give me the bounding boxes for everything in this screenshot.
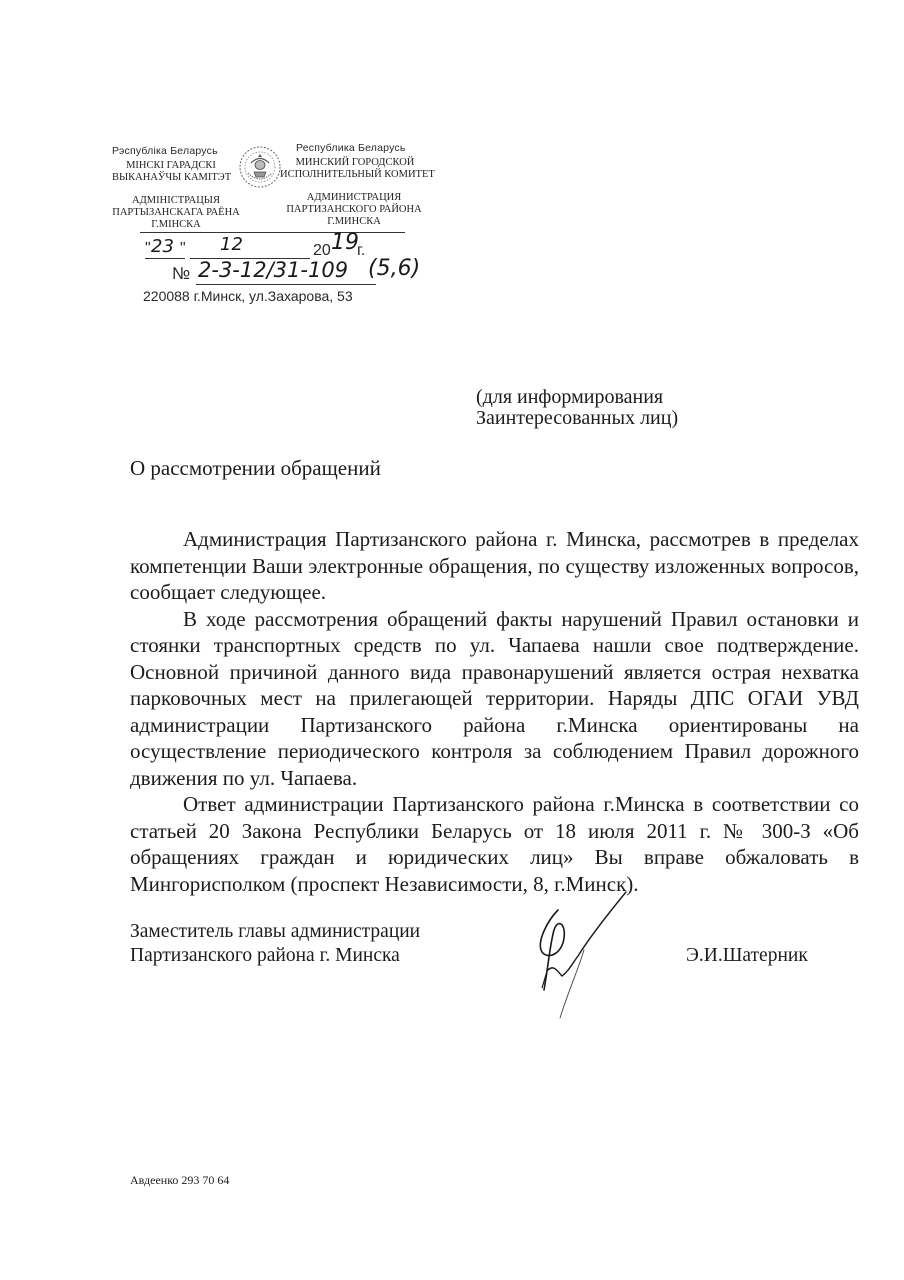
addressee-line2: Заинтересованных лиц) xyxy=(476,408,678,429)
header-left-committee-line2: ВЫКАНАЎЧЫ КАМІТЭТ xyxy=(112,172,230,184)
header-left-committee: МІНСКІ ГАРАДСКІ ВЫКАНАЎЧЫ КАМІТЭТ xyxy=(112,160,230,184)
header-left-city: г.МІНСКА xyxy=(108,219,244,231)
signatory-position: Заместитель главы администрации Партизан… xyxy=(130,920,420,968)
signatory-position-line1: Заместитель главы администрации xyxy=(130,920,420,944)
addressee-line1: (для информирования xyxy=(476,387,678,408)
header-right-admin-line1: АДМИНИСТРАЦИЯ xyxy=(283,192,425,204)
coat-of-arms-icon xyxy=(236,143,284,191)
header-left-admin-line1: АДМІНІСТРАЦЫЯ xyxy=(108,195,244,207)
reference-number-field: № 2-3-12/31-109 (5,6) xyxy=(172,260,442,290)
header-right-committee-line1: МИНСКИЙ ГОРОДСКОЙ xyxy=(280,157,430,169)
signatory-name: Э.И.Шатерник xyxy=(686,944,808,968)
organization-address: 220088 г.Минск, ул.Захарова, 53 xyxy=(143,288,353,304)
number-suffix: (5,6) xyxy=(368,256,420,281)
number-label: № xyxy=(172,264,190,284)
executor-contact: Авдеенко 293 70 64 xyxy=(130,1173,229,1188)
number-value: 2-3-12/31-109 xyxy=(198,258,348,282)
handwritten-signature-icon xyxy=(528,880,648,1020)
date-day: 23 xyxy=(151,236,174,257)
header-right-committee: МИНСКИЙ ГОРОДСКОЙ ИСПОЛНИТЕЛЬНЫЙ КОМИТЕТ xyxy=(280,157,430,181)
header-left-admin: АДМІНІСТРАЦЫЯ ПАРТЫЗАНСКАГА РАЁНА г.МІНС… xyxy=(108,195,244,231)
header-right-admin-line2: ПАРТИЗАНСКОГО РАЙОНА xyxy=(283,204,425,216)
header-right-country: Республика Беларусь xyxy=(296,142,406,154)
date-month: 12 xyxy=(220,234,243,255)
addressee-block: (для информирования Заинтересованных лиц… xyxy=(476,387,678,429)
letter-body: Администрация Партизанского района г. Ми… xyxy=(130,526,859,897)
header-right-committee-line2: ИСПОЛНИТЕЛЬНЫЙ КОМИТЕТ xyxy=(280,169,430,181)
letter-subject: О рассмотрении обращений xyxy=(130,455,381,482)
header-right-city: г.МИНСКА xyxy=(283,216,425,228)
header-divider xyxy=(140,232,405,233)
header-left-country: Рэспубліка Беларусь xyxy=(112,145,218,157)
date-year-suffix: 19 xyxy=(331,230,359,255)
header-left-admin-line2: ПАРТЫЗАНСКАГА РАЁНА xyxy=(108,207,244,219)
body-paragraph-2: В ходе рассмотрения обращений факты нару… xyxy=(130,606,859,792)
body-paragraph-3: Ответ администрации Партизанского района… xyxy=(130,791,859,897)
header-left-committee-line1: МІНСКІ ГАРАДСКІ xyxy=(112,160,230,172)
date-year-unit: г. xyxy=(357,242,365,260)
body-paragraph-1: Администрация Партизанского района г. Ми… xyxy=(130,526,859,606)
header-right-admin: АДМИНИСТРАЦИЯ ПАРТИЗАНСКОГО РАЙОНА г.МИН… xyxy=(283,192,425,228)
signatory-position-line2: Партизанского района г. Минска xyxy=(130,944,420,968)
